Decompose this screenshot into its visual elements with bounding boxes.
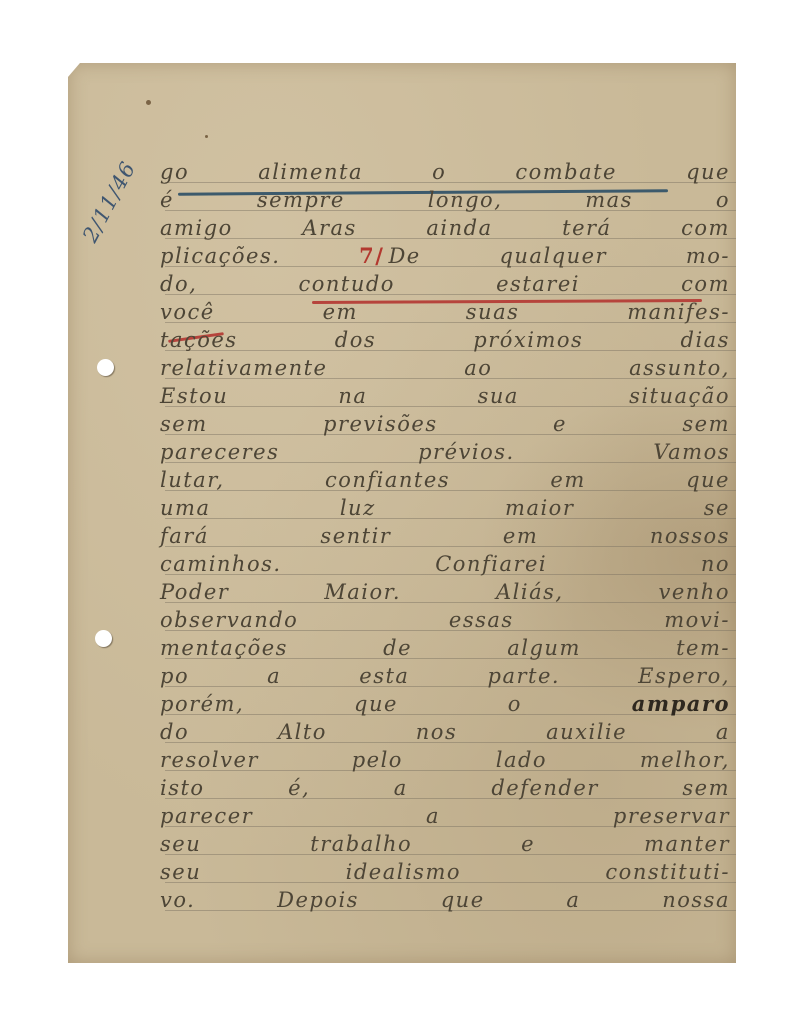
word: Espero, [638, 662, 730, 690]
word: suas [466, 298, 520, 326]
word: seu [160, 830, 201, 858]
word: longo, [428, 186, 503, 214]
red-marginal-mark: 7/ [359, 243, 384, 268]
word: tações [160, 326, 238, 354]
text-line: farásentiremnossos [160, 522, 730, 550]
word: seu [160, 858, 201, 886]
word: fará [160, 522, 209, 550]
word: e [521, 830, 535, 858]
word: do [160, 718, 189, 746]
word: vo. [160, 886, 195, 914]
word: mas [585, 186, 633, 214]
text-line: poaestaparte.Espero, [160, 662, 730, 690]
word: pareceres [160, 438, 279, 466]
word: a [716, 718, 730, 746]
word: e [553, 410, 567, 438]
word: plicações. [160, 242, 280, 270]
word: Maior. [324, 578, 401, 606]
text-line: plicações.7/Dequalquermo- [160, 242, 730, 270]
word: a [426, 802, 440, 830]
text-line: Estounasuasituação [160, 382, 730, 410]
word: você [160, 298, 215, 326]
word: idealismo [346, 858, 461, 886]
punch-hole-top [97, 359, 114, 376]
text-line: ésemprelongo,maso [160, 186, 730, 214]
word: ao [464, 354, 492, 382]
text-line: mentaçõesdealgumtem- [160, 634, 730, 662]
word: Alto [278, 718, 327, 746]
word: constituti- [605, 858, 730, 886]
word: é [160, 186, 174, 214]
word: estarei [496, 270, 580, 298]
word: isto [160, 774, 205, 802]
ink-spot [146, 100, 151, 105]
text-line: do,contudoestareicom [160, 270, 730, 298]
text-line: semprevisõesesem [160, 410, 730, 438]
word: trabalho [310, 830, 412, 858]
word: nossos [650, 522, 730, 550]
word: sem [160, 410, 208, 438]
word: de [383, 634, 412, 662]
letter-page: 2/11/46 goalimentaocombatequeésemprelong… [68, 63, 736, 963]
word: mentações [160, 634, 288, 662]
text-line: vo.Depoisqueanossa [160, 886, 730, 914]
word: luz [340, 494, 376, 522]
word: que [354, 690, 398, 718]
word: situação [629, 382, 730, 410]
word: que [686, 466, 730, 494]
word: mo- [686, 242, 730, 270]
word: po [160, 662, 189, 690]
ink-spot [205, 135, 208, 138]
word: dias [681, 326, 730, 354]
word: próximos [473, 326, 583, 354]
word: é, [288, 774, 310, 802]
word: preservar [613, 802, 730, 830]
word: manter [644, 830, 730, 858]
word: Estou [160, 382, 228, 410]
word: amigo [160, 214, 233, 242]
word: esta [359, 662, 409, 690]
text-line: caminhos.Confiareino [160, 550, 730, 578]
word: Vamos [653, 438, 730, 466]
word: relativamente [160, 354, 327, 382]
word: em [323, 298, 358, 326]
word: uma [160, 494, 210, 522]
text-line: PoderMaior.Aliás,venho [160, 578, 730, 606]
word: sempre [257, 186, 345, 214]
word: alimenta [258, 158, 363, 186]
text-line: goalimentaocombateque [160, 158, 730, 186]
word: com [681, 214, 730, 242]
word: o [508, 690, 522, 718]
word: Confiarei [435, 550, 547, 578]
word: manifes- [627, 298, 730, 326]
text-line: amigoArasaindaterácom [160, 214, 730, 242]
word: Aliás, [496, 578, 564, 606]
word: Depois [277, 886, 359, 914]
word: que [686, 158, 730, 186]
text-line: vocêemsuasmanifes- [160, 298, 730, 326]
word: nossa [662, 886, 730, 914]
text-line: taçõesdospróximosdias [160, 326, 730, 354]
word: lado [496, 746, 547, 774]
word: sem [682, 774, 730, 802]
text-line: relativamenteaoassunto, [160, 354, 730, 382]
word: em [550, 466, 585, 494]
word: que [441, 886, 485, 914]
word: na [338, 382, 367, 410]
word: no [701, 550, 730, 578]
word: parecer [160, 802, 253, 830]
word: ainda [426, 214, 492, 242]
word: o [716, 186, 730, 214]
text-line: umaluzmaiorse [160, 494, 730, 522]
word: algum [507, 634, 581, 662]
word: essas [449, 606, 514, 634]
word: prévios. [418, 438, 515, 466]
word: combate [515, 158, 617, 186]
text-line: doAltonosauxiliea [160, 718, 730, 746]
word: se [704, 494, 730, 522]
word: caminhos. [160, 550, 282, 578]
word: sentir [320, 522, 391, 550]
word: amparo [632, 690, 730, 718]
word: resolver [160, 746, 259, 774]
word: maior [505, 494, 574, 522]
word: observando [160, 606, 298, 634]
text-line: observandoessasmovi- [160, 606, 730, 634]
word: go [160, 158, 189, 186]
word: auxilie [546, 718, 627, 746]
word: sua [478, 382, 519, 410]
word: com [681, 270, 730, 298]
text-line: porém,queoamparo [160, 690, 730, 718]
handwritten-text: goalimentaocombatequeésemprelongo,masoam… [160, 158, 730, 914]
text-line: seuidealismoconstituti- [160, 858, 730, 886]
word: qualquer [499, 242, 607, 270]
word: assunto, [629, 354, 730, 382]
text-line: resolverpeloladomelhor, [160, 746, 730, 774]
word: terá [562, 214, 611, 242]
word: Poder [160, 578, 229, 606]
word: lutar, [160, 466, 225, 494]
word: 7/De [359, 242, 421, 270]
word: contudo [298, 270, 394, 298]
text-line: parecerapreservar [160, 802, 730, 830]
word: previsões [323, 410, 438, 438]
word: dos [335, 326, 376, 354]
word: porém, [160, 690, 244, 718]
text-line: istoé,adefendersem [160, 774, 730, 802]
punch-hole-bottom [95, 630, 112, 647]
word: em [503, 522, 538, 550]
word: tem- [676, 634, 730, 662]
word: confiantes [325, 466, 450, 494]
word: nos [416, 718, 457, 746]
word: a [267, 662, 281, 690]
date-annotation: 2/11/46 [78, 157, 140, 246]
word: venho [658, 578, 729, 606]
word: a [394, 774, 408, 802]
text-line: pareceresprévios.Vamos [160, 438, 730, 466]
word: melhor, [640, 746, 730, 774]
text-line: lutar,confiantesemque [160, 466, 730, 494]
word: a [566, 886, 580, 914]
word: movi- [664, 606, 730, 634]
word: Aras [302, 214, 357, 242]
word: defender [491, 774, 599, 802]
word: pelo [352, 746, 403, 774]
text-line: seutrabalhoemanter [160, 830, 730, 858]
word: sem [682, 410, 730, 438]
word: do, [160, 270, 197, 298]
word: parte. [488, 662, 561, 690]
word: o [432, 158, 446, 186]
